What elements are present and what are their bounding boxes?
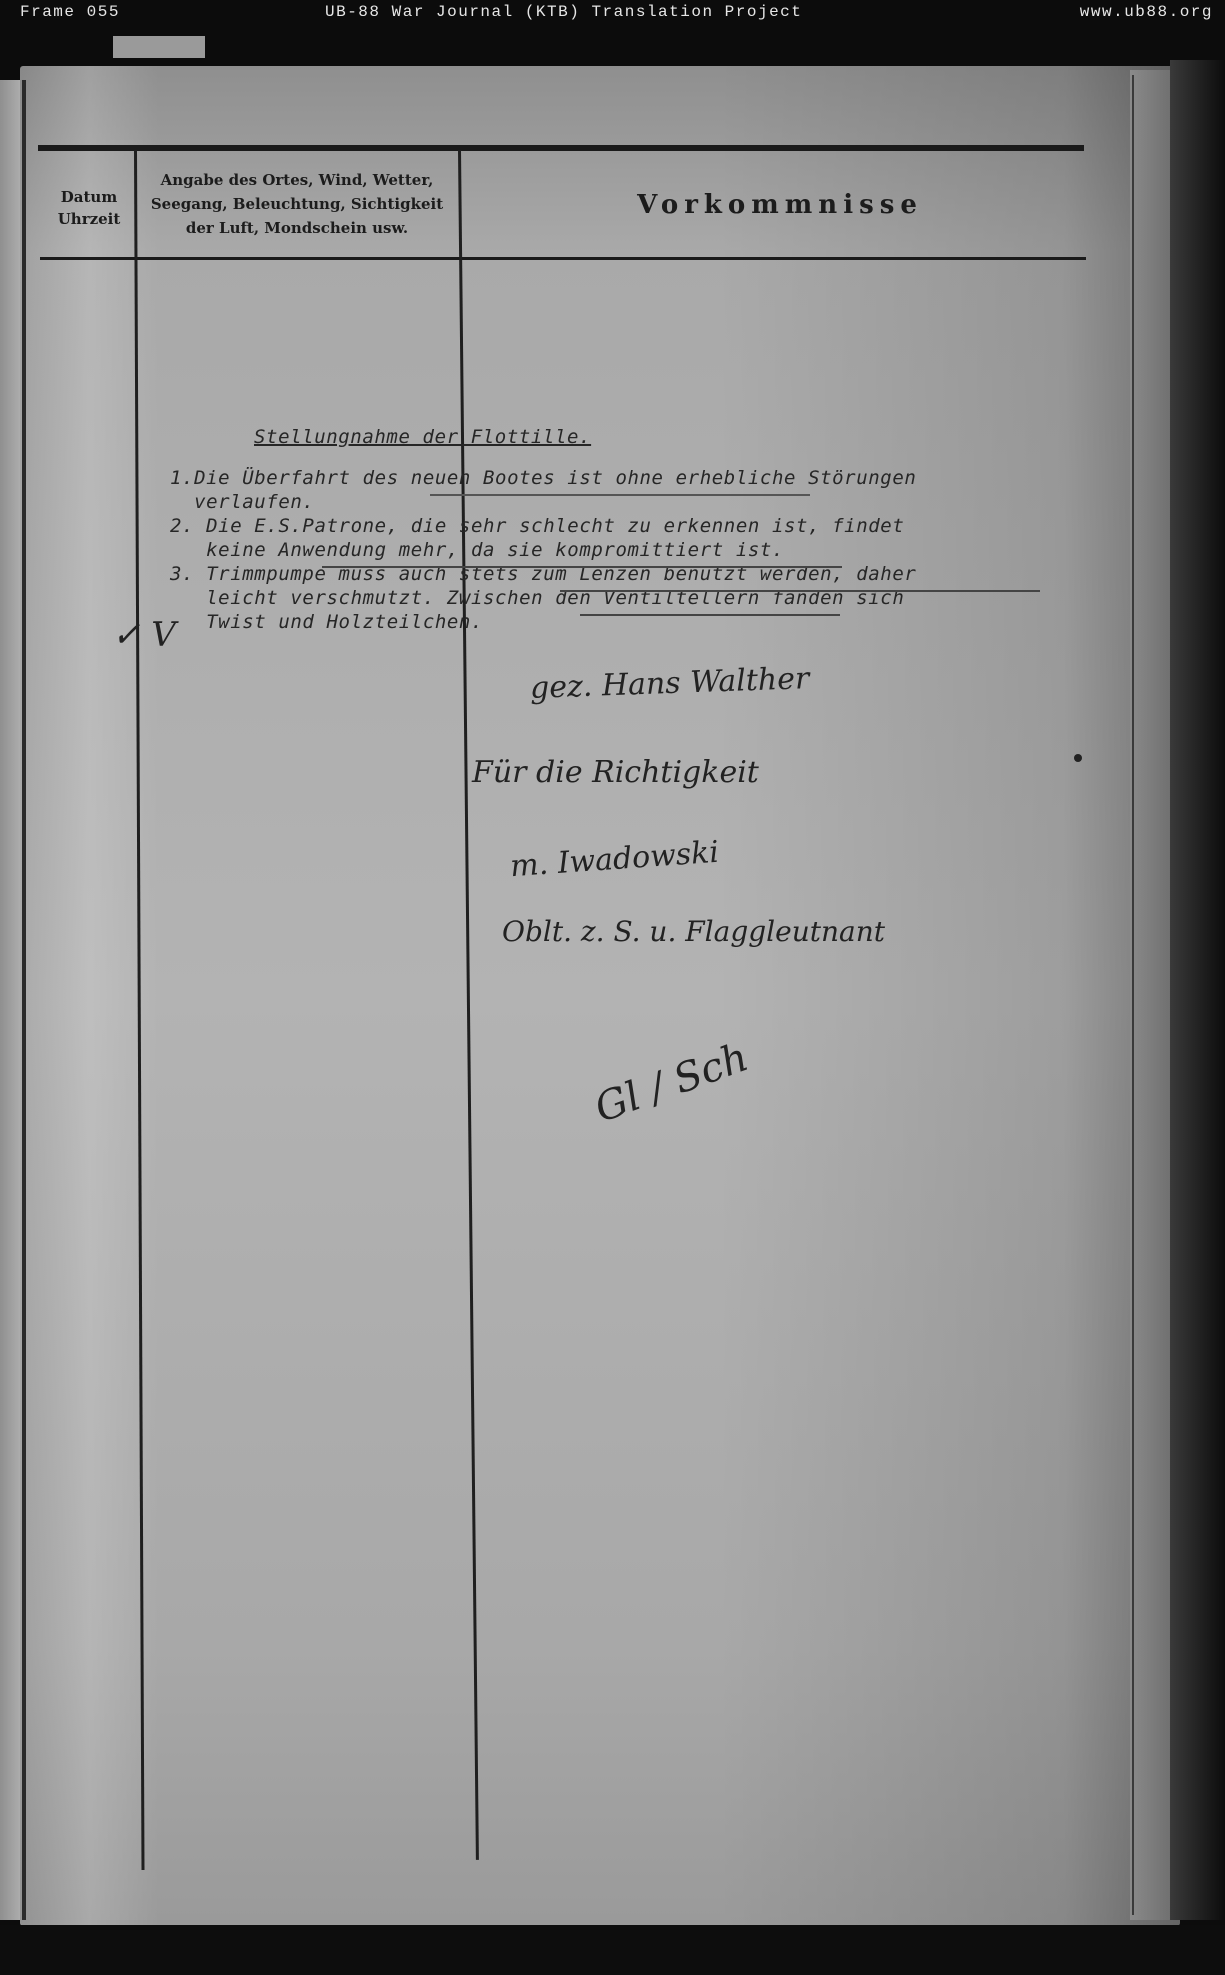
header-conditions-line3: der Luft, Mondschein usw. [138, 216, 456, 240]
header-top-rule [38, 145, 1084, 151]
entry-line-2: verlaufen. [170, 490, 314, 514]
header-bottom-rule [40, 257, 1086, 260]
header-datum-line2: Uhrzeit [48, 208, 130, 230]
ink-speck [1074, 754, 1082, 762]
margin-check-mark: ✓ V [112, 615, 176, 655]
entry-line-7: Twist und Holzteilchen. [170, 610, 483, 634]
underline-mark [322, 566, 842, 568]
journal-page [20, 66, 1180, 1926]
signature-rank: Oblt. z. S. u. Flaggleutnant [502, 915, 885, 948]
header-conditions-line1: Angabe des Ortes, Wind, Wetter, [138, 168, 456, 192]
header-datum: Datum Uhrzeit [48, 186, 130, 230]
entry-line-1: 1.Die Überfahrt des neuen Bootes ist ohn… [170, 466, 916, 490]
page-right-rule [1132, 75, 1134, 1915]
underline-mark [560, 590, 1040, 592]
frame-caption-bar: Frame 055 UB-88 War Journal (KTB) Transl… [0, 0, 1225, 26]
header-vorkommnisse: Vorkommnisse [600, 190, 960, 220]
header-conditions: Angabe des Ortes, Wind, Wetter, Seegang,… [138, 168, 456, 240]
entry-line-3: 2. Die E.S.Patrone, die sehr schlecht zu… [170, 514, 904, 538]
signature-richtigkeit: Für die Richtigkeit [472, 755, 759, 790]
underline-mark [580, 614, 840, 616]
right-shadow [1170, 60, 1225, 1920]
project-url[interactable]: www.ub88.org [1080, 3, 1213, 21]
header-datum-line1: Datum [48, 186, 130, 208]
underline-mark [430, 494, 810, 496]
header-conditions-line2: Seegang, Beleuchtung, Sichtigkeit [138, 192, 456, 216]
entry-line-4: keine Anwendung mehr, da sie kompromitti… [170, 538, 784, 562]
page-binding-edge [22, 80, 26, 1920]
project-title: UB-88 War Journal (KTB) Translation Proj… [325, 3, 802, 21]
entry-heading: Stellungnahme der Flottille. [254, 425, 591, 449]
film-bottom-edge [0, 1925, 1225, 1975]
frame-number: Frame 055 [20, 3, 120, 21]
film-tab-marker [113, 36, 205, 58]
